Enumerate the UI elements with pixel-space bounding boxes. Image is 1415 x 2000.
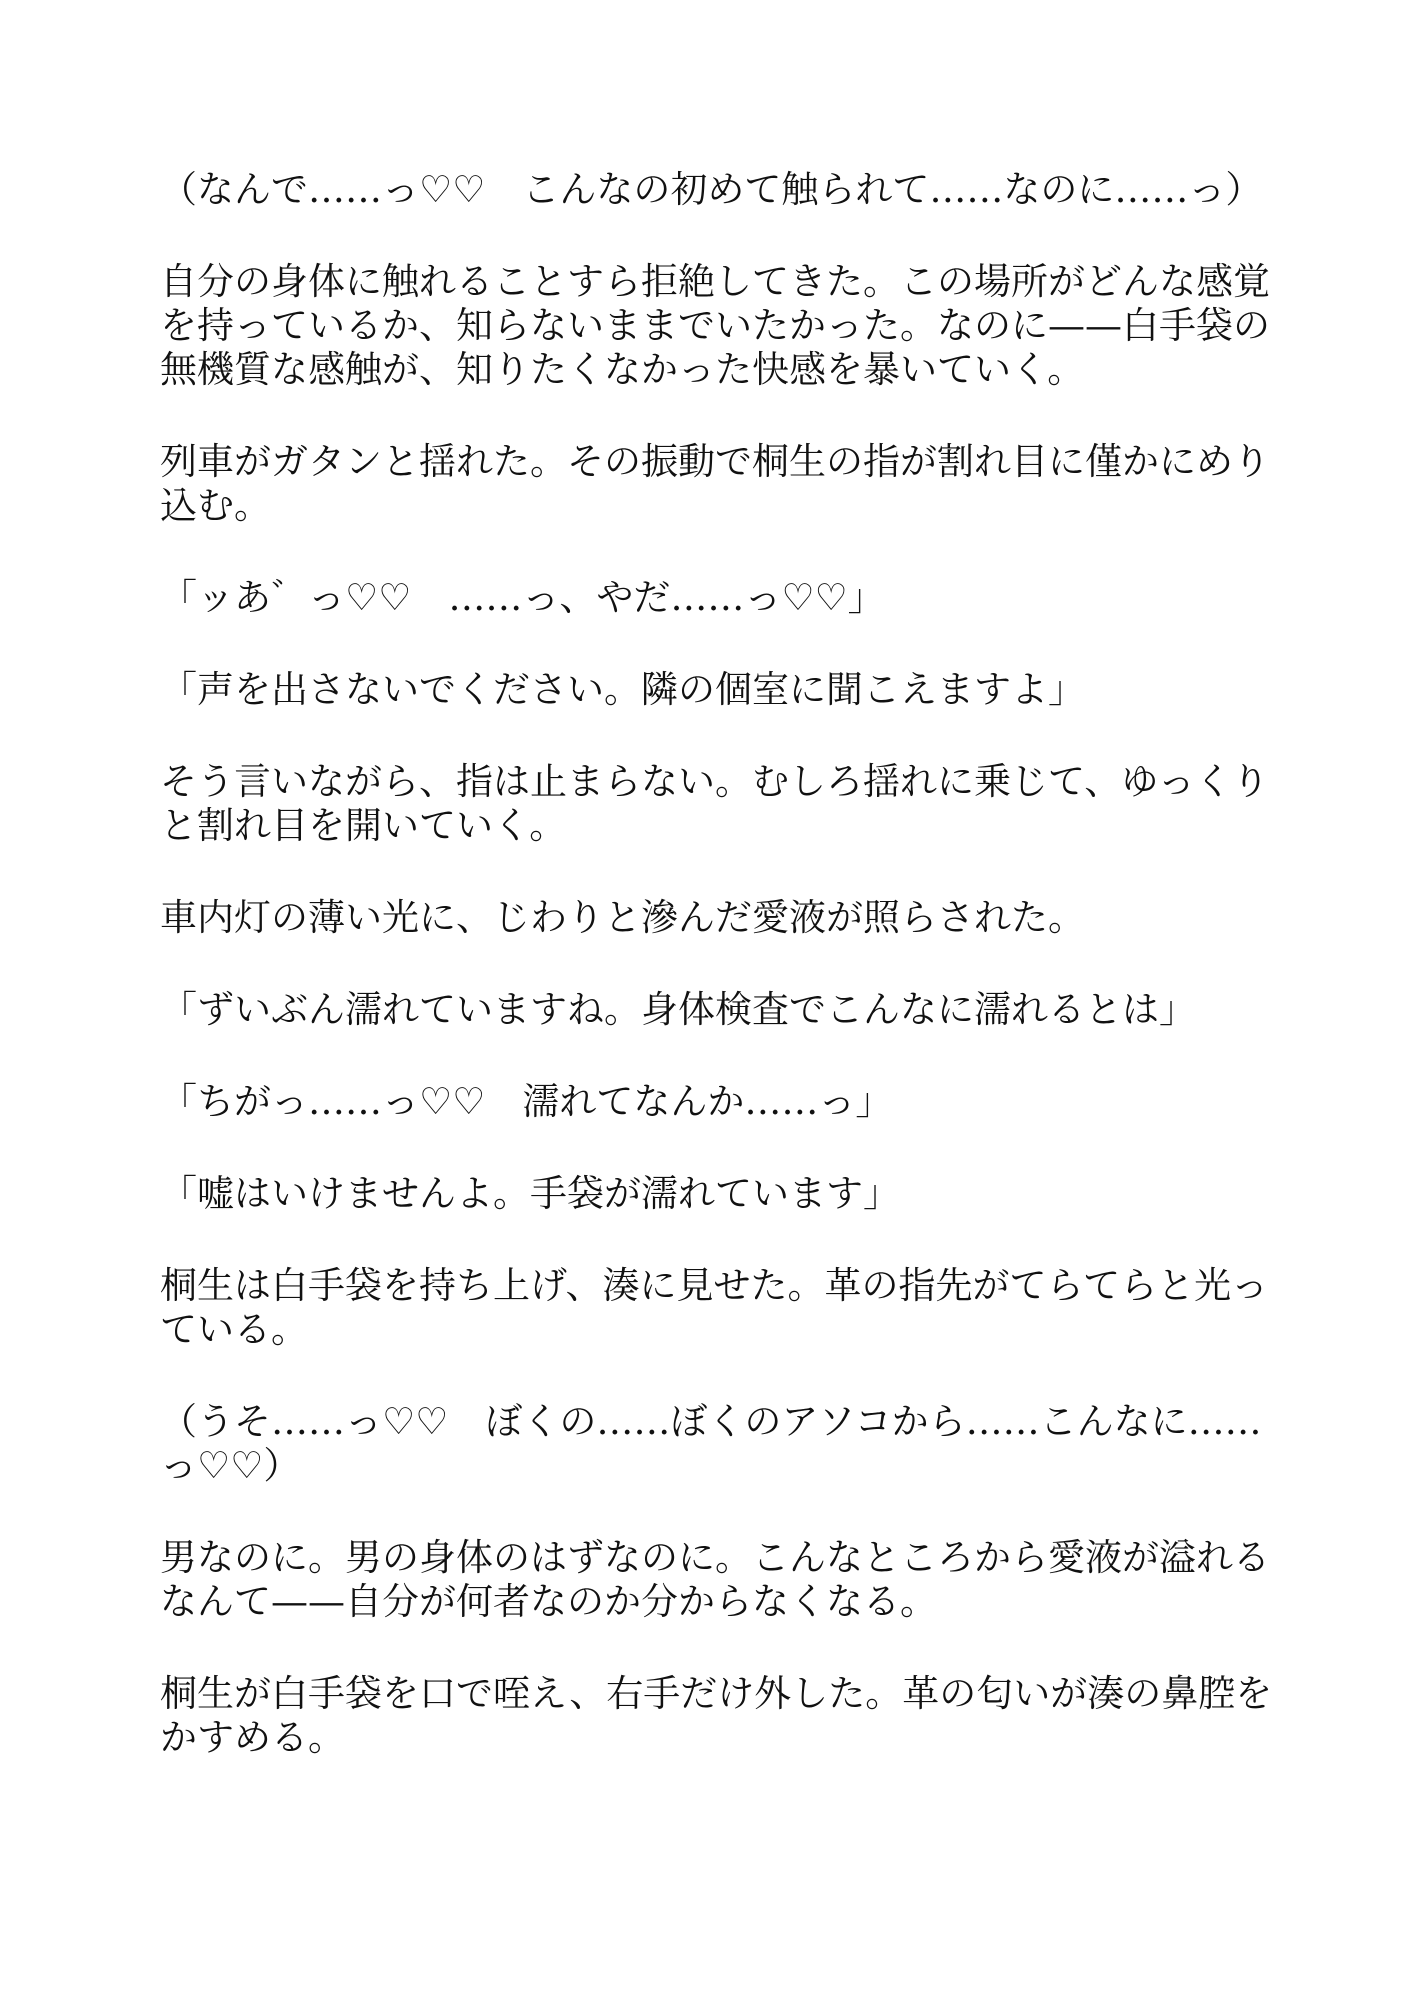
paragraph: 「ちがっ……っ♡♡ 濡れてなんか……っ」 [160, 1080, 1270, 1124]
paragraph: 桐生が白手袋を口で咥え、右手だけ外した。革の匂いが湊の鼻腔をかすめる。 [160, 1672, 1270, 1760]
paragraph: 「ずいぶん濡れていますね。身体検査でこんなに濡れるとは」 [160, 988, 1270, 1032]
text-line: そう言いながら、指は止まらない。むしろ揺れに乗じて、ゆっくり [160, 760, 1270, 804]
paragraph: 男なのに。男の身体のはずなのに。こんなところから愛液が溢れるなんて——自分が何者… [160, 1536, 1270, 1624]
text-line: かすめる。 [160, 1716, 1270, 1760]
paragraph: 桐生は白手袋を持ち上げ、湊に見せた。革の指先がてらてらと光っている。 [160, 1264, 1270, 1352]
text-line: と割れ目を開いていく。 [160, 804, 1270, 848]
text-line: 込む。 [160, 484, 1270, 528]
text-line: 「ッあ゛っ♡♡ ……っ、やだ……っ♡♡」 [160, 576, 1270, 620]
paragraph: そう言いながら、指は止まらない。むしろ揺れに乗じて、ゆっくりと割れ目を開いていく… [160, 760, 1270, 848]
text-line: なんて——自分が何者なのか分からなくなる。 [160, 1580, 1270, 1624]
text-line: （なんで……っ♡♡ こんなの初めて触られて……なのに……っ） [160, 168, 1270, 212]
paragraph: 「嘘はいけませんよ。手袋が濡れています」 [160, 1172, 1270, 1216]
paragraph: 「声を出さないでください。隣の個室に聞こえますよ」 [160, 668, 1270, 712]
paragraph: 列車がガタンと揺れた。その振動で桐生の指が割れ目に僅かにめり込む。 [160, 440, 1270, 528]
paragraph: （うそ……っ♡♡ ぼくの……ぼくのアソコから……こんなに……っ♡♡） [160, 1400, 1270, 1488]
text-line: 桐生は白手袋を持ち上げ、湊に見せた。革の指先がてらてらと光っ [160, 1264, 1270, 1308]
text-line: 「ずいぶん濡れていますね。身体検査でこんなに濡れるとは」 [160, 988, 1270, 1032]
text-line: 列車がガタンと揺れた。その振動で桐生の指が割れ目に僅かにめり [160, 440, 1270, 484]
paragraph: 「ッあ゛っ♡♡ ……っ、やだ……っ♡♡」 [160, 576, 1270, 620]
text-line: 「声を出さないでください。隣の個室に聞こえますよ」 [160, 668, 1270, 712]
paragraph: （なんで……っ♡♡ こんなの初めて触られて……なのに……っ） [160, 168, 1270, 212]
text-line: 男なのに。男の身体のはずなのに。こんなところから愛液が溢れる [160, 1536, 1270, 1580]
text-line: っ♡♡） [160, 1444, 1270, 1488]
text-line: （うそ……っ♡♡ ぼくの……ぼくのアソコから……こんなに…… [160, 1400, 1270, 1444]
paragraph: 自分の身体に触れることすら拒絶してきた。この場所がどんな感覚を持っているか、知ら… [160, 260, 1270, 392]
text-line: 車内灯の薄い光に、じわりと滲んだ愛液が照らされた。 [160, 896, 1270, 940]
text-line: ている。 [160, 1308, 1270, 1352]
text-line: 自分の身体に触れることすら拒絶してきた。この場所がどんな感覚 [160, 260, 1270, 304]
text-line: 「嘘はいけませんよ。手袋が濡れています」 [160, 1172, 1270, 1216]
novel-page: （なんで……っ♡♡ こんなの初めて触られて……なのに……っ）自分の身体に触れるこ… [0, 0, 1415, 2000]
text-body: （なんで……っ♡♡ こんなの初めて触られて……なのに……っ）自分の身体に触れるこ… [160, 168, 1270, 1760]
text-line: 「ちがっ……っ♡♡ 濡れてなんか……っ」 [160, 1080, 1270, 1124]
paragraph: 車内灯の薄い光に、じわりと滲んだ愛液が照らされた。 [160, 896, 1270, 940]
text-line: を持っているか、知らないままでいたかった。なのに——白手袋の [160, 304, 1270, 348]
text-line: 桐生が白手袋を口で咥え、右手だけ外した。革の匂いが湊の鼻腔を [160, 1672, 1270, 1716]
text-line: 無機質な感触が、知りたくなかった快感を暴いていく。 [160, 348, 1270, 392]
